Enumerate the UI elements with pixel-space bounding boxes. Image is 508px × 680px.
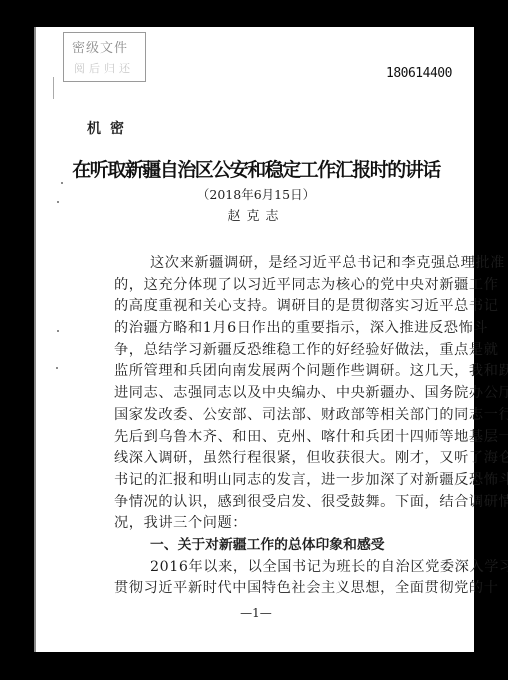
body-line: 国家发改委、公安部、司法部、财政部等相关部门的同志一行， bbox=[114, 405, 444, 427]
body-line: 书记的汇报和明山同志的发言，进一步加深了对新疆反恐怖斗 bbox=[114, 470, 444, 492]
body-line: 这次来新疆调研，是经习近平总书记和李克强总理批准 bbox=[114, 253, 444, 275]
stamp-text-line1: 密级文件 bbox=[72, 37, 128, 56]
body-line: 的高度重视和关心支持。调研目的是贯彻落实习近平总书记 bbox=[114, 296, 444, 318]
body-line: 进同志、志强同志以及中央编办、中央新疆办、国务院办公厅、 bbox=[114, 383, 444, 405]
page-number: —1— bbox=[36, 606, 476, 620]
body-line: 争，总结学习新疆反恐维稳工作的好经验好做法，重点是就 bbox=[114, 340, 444, 362]
classified-stamp: 密级文件 阅后归还 bbox=[63, 32, 146, 82]
scan-speck bbox=[57, 330, 59, 332]
body-line: 贯彻习近平新时代中国特色社会主义思想，全面贯彻党的十 bbox=[114, 578, 444, 600]
document-page: 密级文件 阅后归还 180614400 机密 在听取新疆自治区公安和稳定工作汇报… bbox=[34, 27, 474, 652]
body-line: 的，这充分体现了以习近平同志为核心的党中央对新疆工作 bbox=[114, 275, 444, 297]
body-line: 的治疆方略和1月6日作出的重要指示，深入推进反恐怖斗 bbox=[114, 318, 444, 340]
scan-speck bbox=[53, 77, 54, 99]
body-line: 争情况的认识，感到很受启发、很受鼓舞。下面，结合调研情 bbox=[114, 492, 444, 514]
section-heading: 一、关于对新疆工作的总体印象和感受 bbox=[114, 535, 444, 557]
document-date: （2018年6月15日） bbox=[36, 185, 476, 203]
body-line: 监所管理和兵团向南发展两个问题作些调研。这几天，我和跃 bbox=[114, 361, 444, 383]
body-line: 先后到乌鲁木齐、和田、克州、喀什和兵团十四师等地基层一 bbox=[114, 427, 444, 449]
document-body: 这次来新疆调研，是经习近平总书记和李克强总理批准 的，这充分体现了以习近平同志为… bbox=[114, 253, 444, 600]
classification-label: 机密 bbox=[87, 118, 133, 138]
scan-speck bbox=[56, 367, 58, 369]
serial-number: 180614400 bbox=[386, 66, 452, 81]
body-line: 线深入调研，虽然行程很紧，但收获很大。刚才，又听了海仑 bbox=[114, 448, 444, 470]
body-line: 2016年以来，以全国书记为班长的自治区党委深入学习 bbox=[114, 557, 444, 579]
document-author: 赵克志 bbox=[36, 205, 476, 224]
document-title: 在听取新疆自治区公安和稳定工作汇报时的讲话 bbox=[36, 155, 476, 182]
body-line: 况，我讲三个问题： bbox=[114, 513, 444, 535]
scan-speck bbox=[61, 182, 63, 184]
scan-speck bbox=[57, 201, 59, 203]
stamp-text-line2: 阅后归还 bbox=[74, 60, 134, 76]
